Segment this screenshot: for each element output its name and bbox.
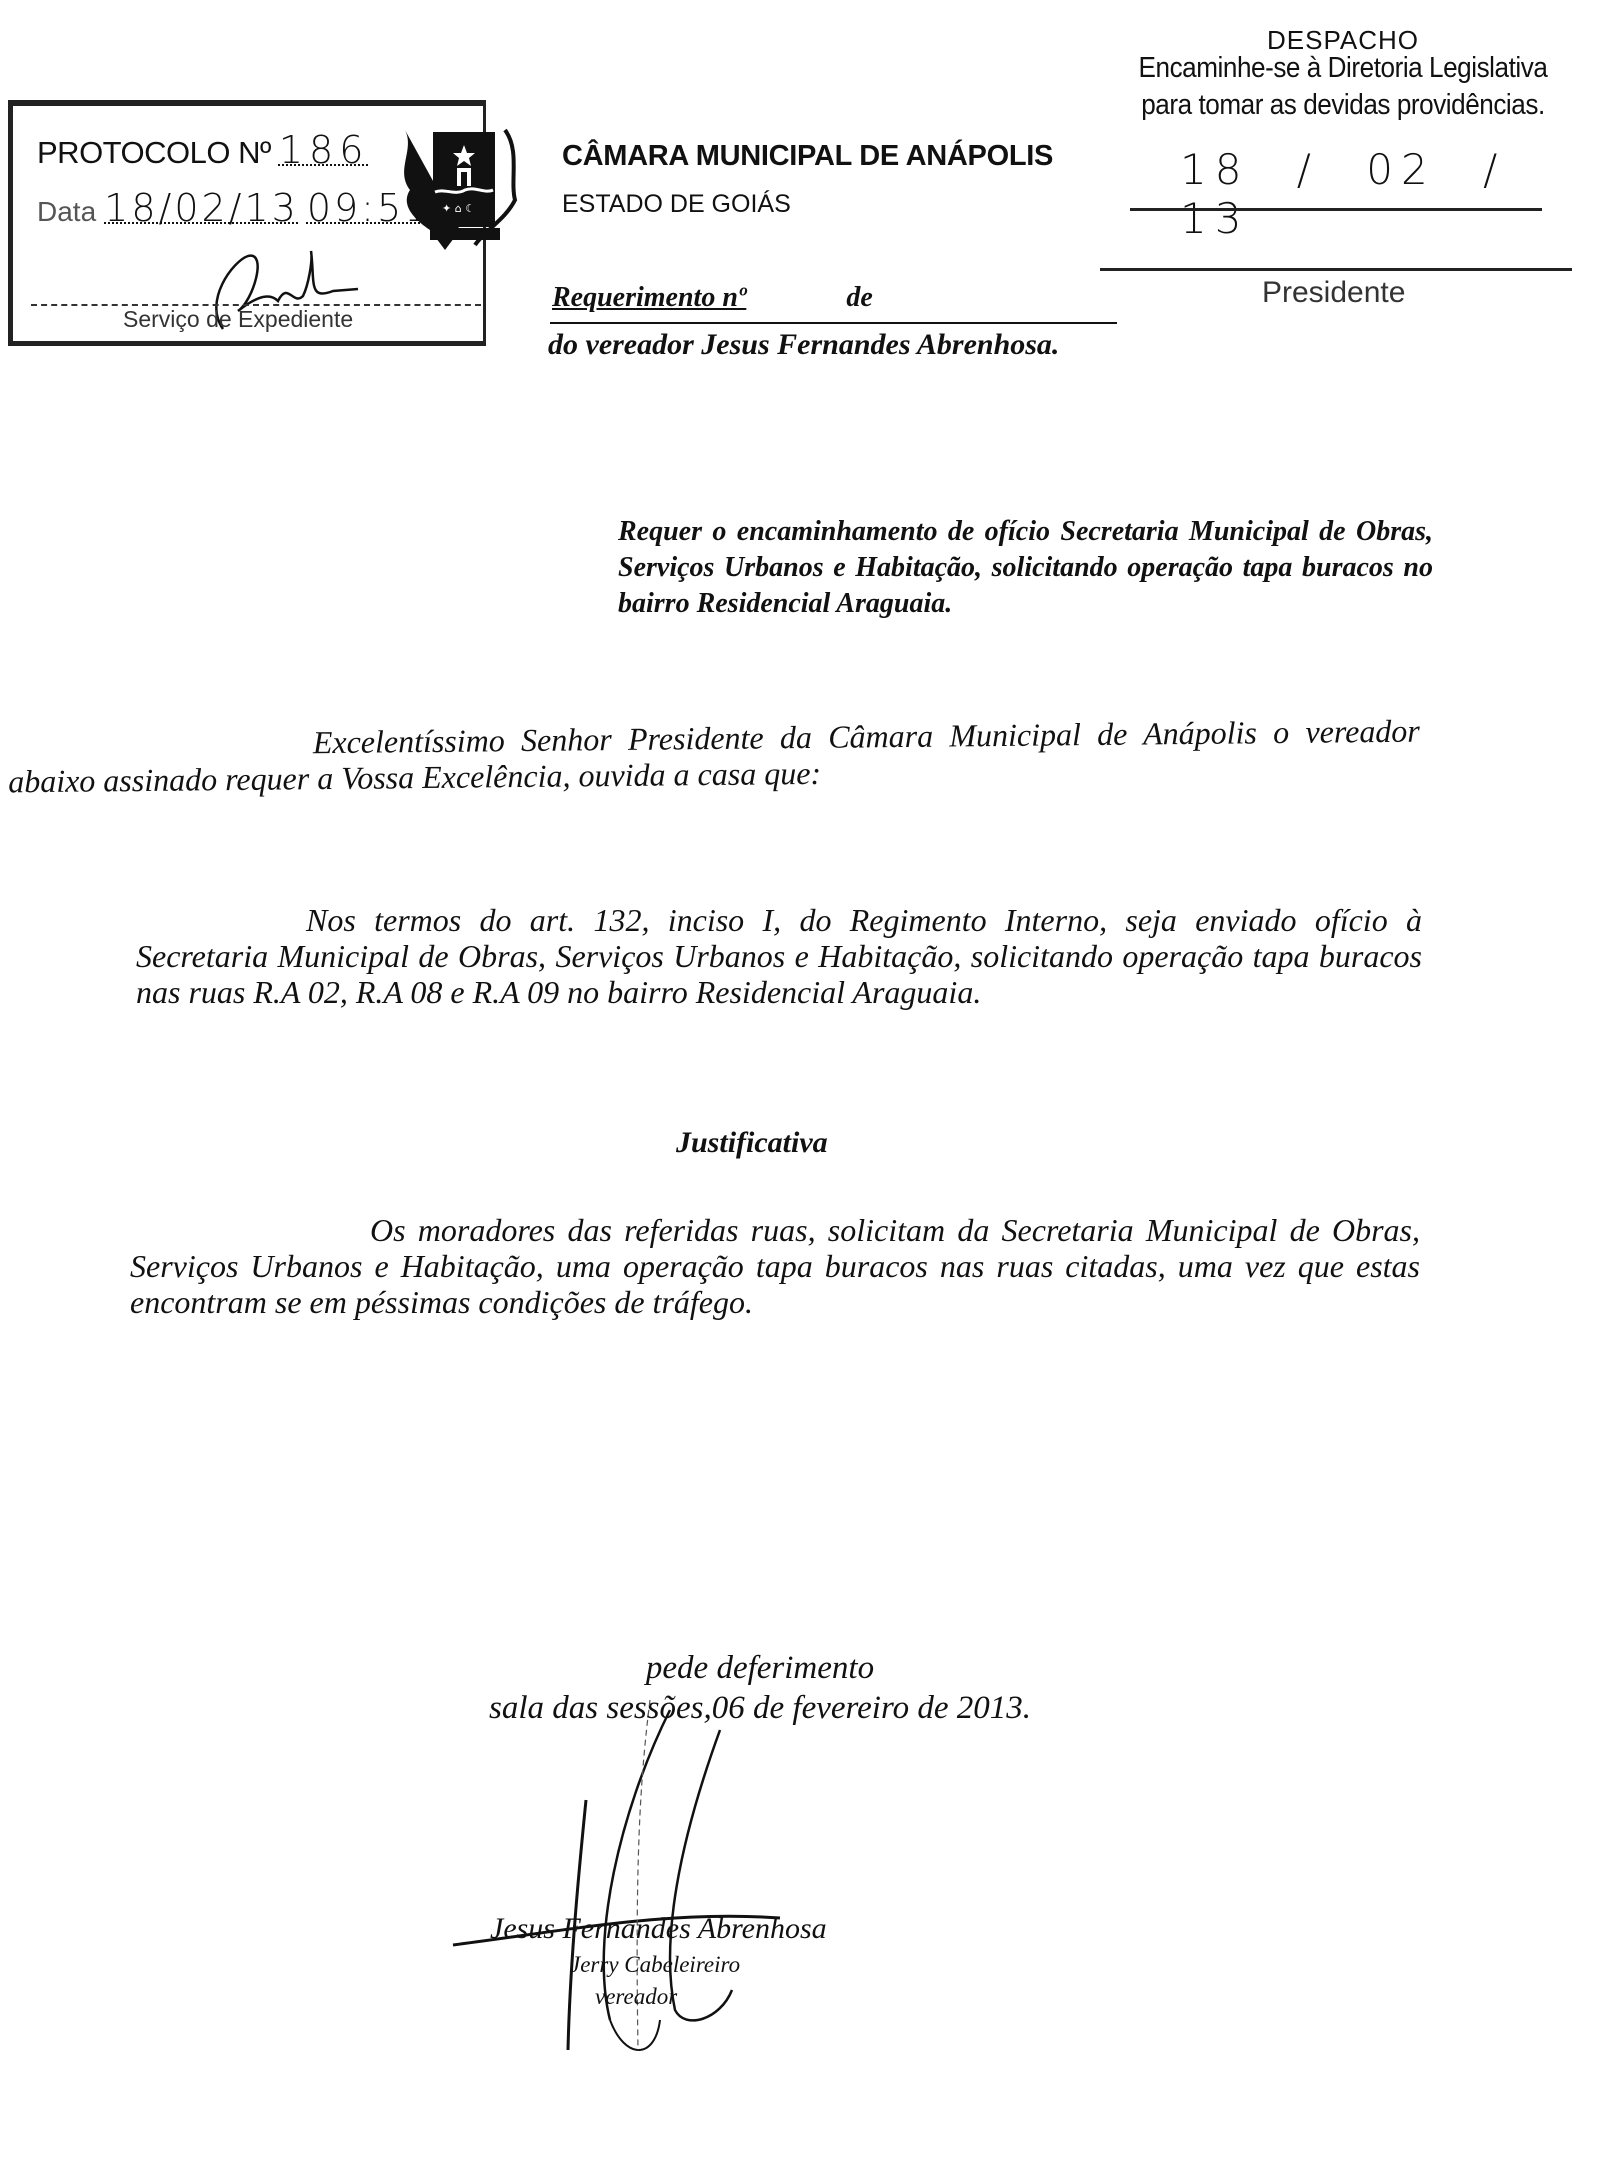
- coat-of-arms-icon: ✦ ⌂ ☾: [385, 110, 535, 260]
- organization-name: CÂMARA MUNICIPAL DE ANÁPOLIS: [562, 140, 1053, 173]
- request-paragraph: Nos termos do art. 132, inciso I, do Reg…: [136, 902, 1422, 1010]
- protocol-number: 186: [279, 128, 370, 172]
- organization-state: ESTADO DE GOIÁS: [562, 190, 791, 219]
- protocol-number-line: PROTOCOLO Nº186: [37, 128, 369, 172]
- president-signature-line: [1100, 268, 1572, 271]
- signer-role: vereador: [595, 1984, 677, 2010]
- svg-text:✦ ⌂ ☾: ✦ ⌂ ☾: [442, 202, 475, 215]
- request-de-label: de: [846, 282, 872, 313]
- despacho-title: DESPACHO: [1088, 30, 1598, 50]
- signer-name: Jesus Fernandes Abrenhosa: [490, 1912, 827, 1946]
- protocol-label: PROTOCOLO Nº: [37, 135, 271, 170]
- protocol-date: 18/02/13: [104, 186, 299, 230]
- request-title-underline: [550, 322, 1117, 324]
- stamp-caption: Serviço de Expediente: [123, 306, 353, 333]
- justification-paragraph: Os moradores das referidas ruas, solicit…: [130, 1212, 1420, 1320]
- despacho-line-2: para tomar as devidas providências.: [1114, 87, 1573, 124]
- despacho-block: DESPACHO Encaminhe-se à Diretoria Legisl…: [1088, 30, 1598, 124]
- despacho-date-line: [1130, 208, 1542, 211]
- protocol-date-line: Data18/02/1309:51: [37, 186, 431, 230]
- signer-nickname: Jerry Cabeleireiro: [570, 1952, 740, 1978]
- request-author: do vereador Jesus Fernandes Abrenhosa.: [548, 328, 1059, 362]
- salutation-paragraph: Excelentíssimo Senhor Presidente da Câma…: [8, 713, 1421, 800]
- date-label: Data: [37, 196, 96, 227]
- president-label: Presidente: [1262, 276, 1405, 310]
- request-number-label: Requerimento nº: [552, 282, 746, 313]
- request-summary: Requer o encaminhamento de ofício Secret…: [618, 514, 1433, 622]
- justification-heading: Justificativa: [676, 1126, 828, 1160]
- councilor-signature: [420, 1660, 1120, 2060]
- despacho-date: 18 / 02 / 13: [1180, 145, 1616, 243]
- request-title: Requerimento nºde: [552, 282, 873, 314]
- despacho-line-1: Encaminhe-se à Diretoria Legislativa: [1114, 50, 1573, 87]
